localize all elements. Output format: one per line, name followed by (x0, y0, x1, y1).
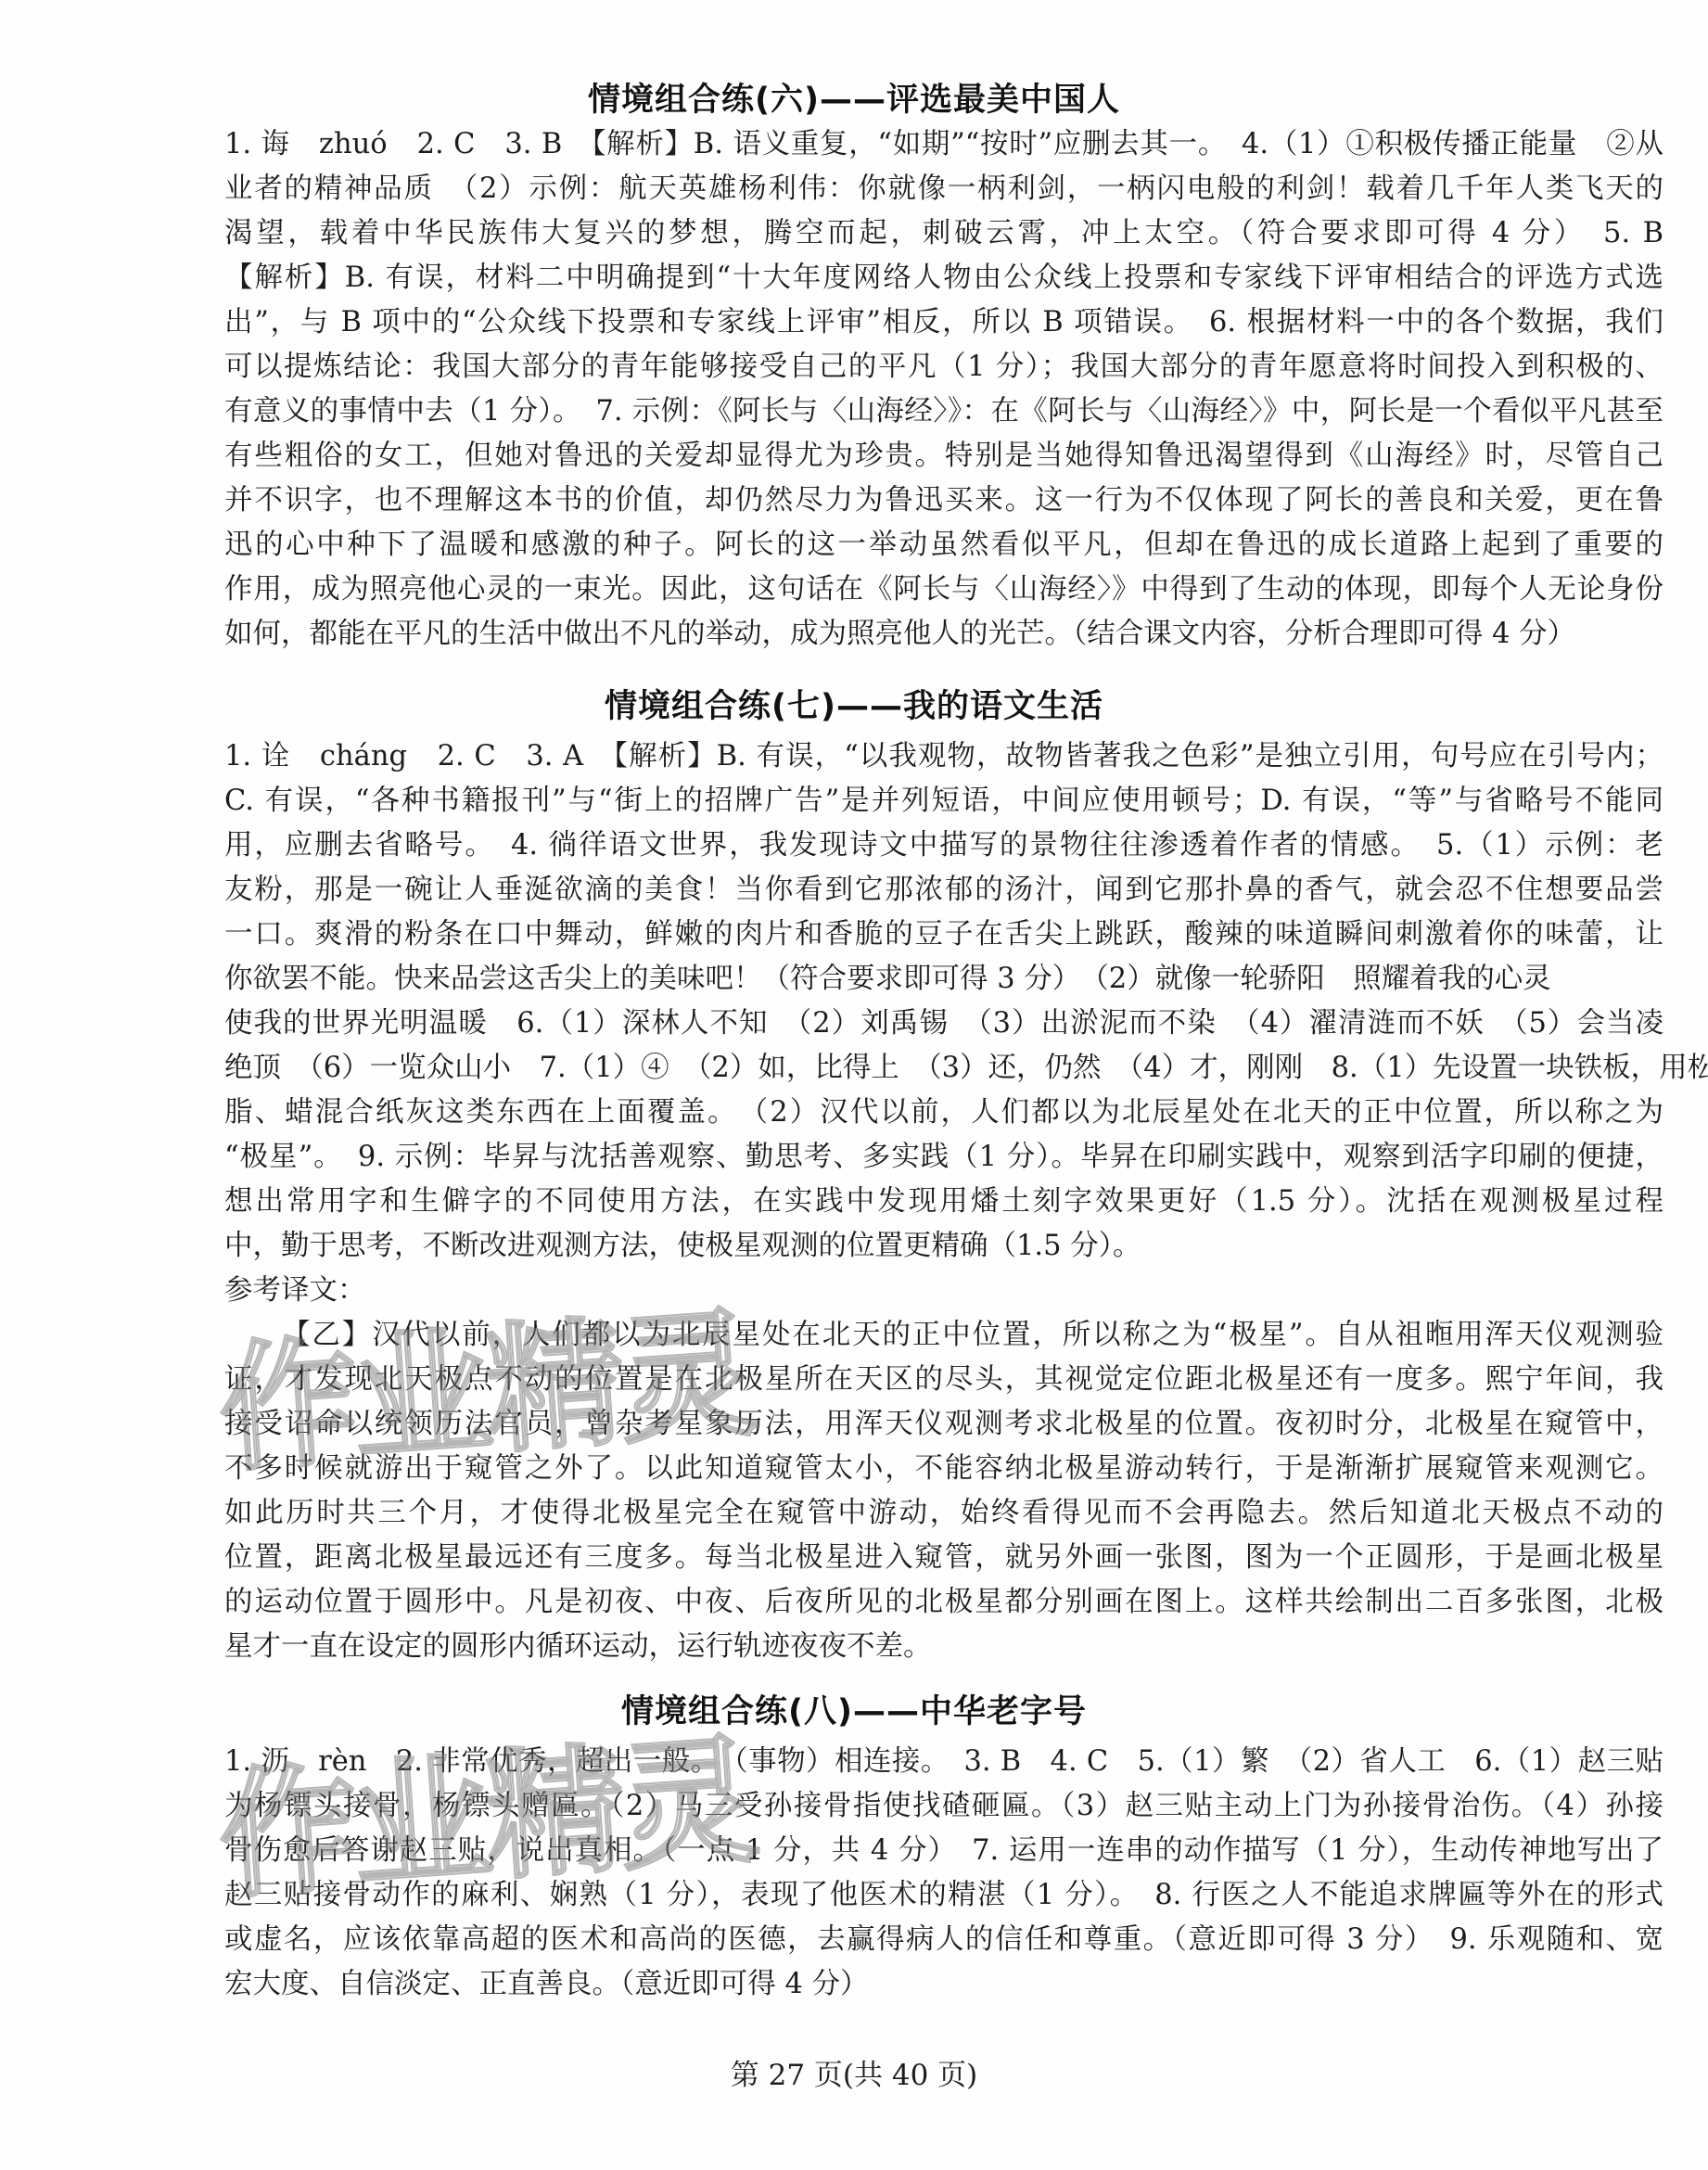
answer-line: 作用，成为照亮他心灵的一束光。因此，这句话在《阿长与〈山海经〉》中得到了生动的体… (224, 568, 1663, 612)
document-page: 情境组合练(六)——评选最美中国人 1. 诲 zhuó 2. C 3. B 【解… (0, 0, 1708, 2170)
translation-line: 接受诏命以统领历法官员，曾杂考星象历法，用浑天仪观测考求北极星的位置。夜初时分，… (224, 1402, 1663, 1447)
answer-line: 宏大度、自信淡定、正直善良。（意近即可得 4 分） (224, 1962, 1663, 2007)
section-title-8: 情境组合练(八)——中华老字号 (0, 1690, 1708, 1734)
answer-line: 出”，与 B 项中的“公众线下投票和专家线上评审”相反，所以 B 项错误。 6.… (224, 300, 1663, 345)
answer-line: 可以提炼结论：我国大部分的青年能够接受自己的平凡（1 分）；我国大部分的青年愿意… (224, 345, 1663, 389)
answer-line: 1. 诠 cháng 2. C 3. A 【解析】B. 有误，“以我观物，故物皆… (224, 734, 1663, 779)
answer-line: “极星”。 9. 示例：毕昇与沈括善观察、勤思考、多实践（1 分）。毕昇在印刷实… (224, 1135, 1663, 1180)
answer-line: 迅的心中种下了温暖和感激的种子。阿长的这一举动虽然看似平凡，但却在鲁迅的成长道路… (224, 523, 1663, 568)
answer-line: 渴望，载着中华民族伟大复兴的梦想，腾空而起，刺破云霄，冲上太空。（符合要求即可得… (224, 211, 1663, 256)
answer-line: C. 有误，“各种书籍报刊”与“街上的招牌广告”是并列短语，中间应使用顿号；D.… (224, 779, 1663, 823)
answer-line: 用，应删去省略号。 4. 徜徉语文世界，我发现诗文中描写的景物往往渗透着作者的情… (224, 823, 1663, 868)
answer-line: 骨伤愈后答谢赵三贴，说出真相。（一点 1 分，共 4 分） 7. 运用一连串的动… (224, 1829, 1663, 1873)
answer-line: 友粉，那是一碗让人垂涎欲滴的美食！当你看到它那浓郁的汤汁，闻到它那扑鼻的香气，就… (224, 868, 1663, 913)
answer-line: 为杨镖头接骨，杨镖头赠匾。（2）马三受孙接骨指使找碴砸匾。（3）赵三贴主动上门为… (224, 1784, 1663, 1829)
answer-line: 并不识字，也不理解这本书的价值，却仍然尽力为鲁迅买来。这一行为不仅体现了阿长的善… (224, 479, 1663, 523)
translation-line: 位置，距离北极星最远还有三度多。每当北极星进入窥管，就另外画一张图，图为一个正圆… (224, 1536, 1663, 1580)
answer-line: 如何，都能在平凡的生活中做出不凡的举动，成为照亮他人的光芒。（结合课文内容，分析… (224, 612, 1663, 657)
page-number: 第 27 页(共 40 页) (0, 2053, 1708, 2098)
answer-line: 有意义的事情中去（1 分）。 7. 示例：《阿长与〈山海经〉》：在《阿长与〈山海… (224, 389, 1663, 434)
answer-line: 一口。爽滑的粉条在口中舞动，鲜嫩的肉片和香脆的豆子在舌尖上跳跃，酸辣的味道瞬间刺… (224, 913, 1663, 957)
answer-line: 业者的精神品质 （2）示例：航天英雄杨利伟：你就像一柄利剑，一柄闪电般的利剑！载… (224, 167, 1663, 211)
answer-line: 中，勤于思考，不断改进观测方法，使极星观测的位置更精确（1.5 分）。 (224, 1224, 1663, 1269)
answer-line: 脂、蜡混合纸灰这类东西在上面覆盖。 （2）汉代以前，人们都以为北辰星处在北天的正… (224, 1091, 1663, 1135)
translation-line: 的运动位置于圆形中。凡是初夜、中夜、后夜所见的北极星都分别画在图上。这样共绘制出… (224, 1580, 1663, 1625)
answer-line: 想出常用字和生僻字的不同使用方法，在实践中发现用燔土刻字效果更好（1.5 分）。… (224, 1180, 1663, 1224)
answer-line: 【解析】B. 有误，材料二中明确提到“十大年度网络人物由公众线上投票和专家线下评… (224, 256, 1663, 300)
translation-line: 星才一直在设定的圆形内循环运动，运行轨迹夜夜不差。 (224, 1625, 1663, 1669)
answer-line: 使我的世界光明温暖 6.（1）深林人不知 （2）刘禹锡 （3）出淤泥而不染 （4… (224, 1002, 1663, 1046)
translation-label: 参考译文： (224, 1269, 1663, 1313)
answer-line: 你欲罢不能。快来品尝这舌尖上的美味吧！（符合要求即可得 3 分） （2）就像一轮… (224, 957, 1663, 1002)
translation-line: 【乙】汉代以前，人们都以为北辰星处在北天的正中位置，所以称之为“极星”。自从祖暅… (224, 1313, 1663, 1358)
section-title-7: 情境组合练(七)——我的语文生活 (0, 684, 1708, 729)
answer-line: 1. 沥 rèn 2. 非常优秀，超出一般。 （事物）相连接。 3. B 4. … (224, 1740, 1663, 1784)
answer-line: 有些粗俗的女工，但她对鲁迅的关爱却显得尤为珍贵。特别是当她得知鲁迅渴望得到《山海… (224, 434, 1663, 479)
translation-line: 如此历时共三个月，才使得北极星完全在窥管中游动，始终看得见而不会再隐去。然后知道… (224, 1491, 1663, 1536)
answer-line: 1. 诲 zhuó 2. C 3. B 【解析】B. 语义重复，“如期”“按时”… (224, 122, 1663, 167)
answer-line: 赵三贴接骨动作的麻利、娴熟（1 分），表现了他医术的精湛（1 分）。 8. 行医… (224, 1873, 1663, 1918)
answer-line: 或虚名，应该依靠高超的医术和高尚的医德，去赢得病人的信任和尊重。（意近即可得 3… (224, 1918, 1663, 1962)
answer-line: 绝顶 （6）一览众山小 7.（1）④ （2）如，比得上 （3）还，仍然 （4）才… (224, 1046, 1663, 1091)
section-title-6: 情境组合练(六)——评选最美中国人 (0, 78, 1708, 122)
translation-line: 不多时候就游出于窥管之外了。以此知道窥管太小，不能容纳北极星游动转行，于是渐渐扩… (224, 1447, 1663, 1491)
translation-line: 证，才发现北天极点不动的位置是在北极星所在天区的尽头，其视觉定位距北极星还有一度… (224, 1358, 1663, 1402)
